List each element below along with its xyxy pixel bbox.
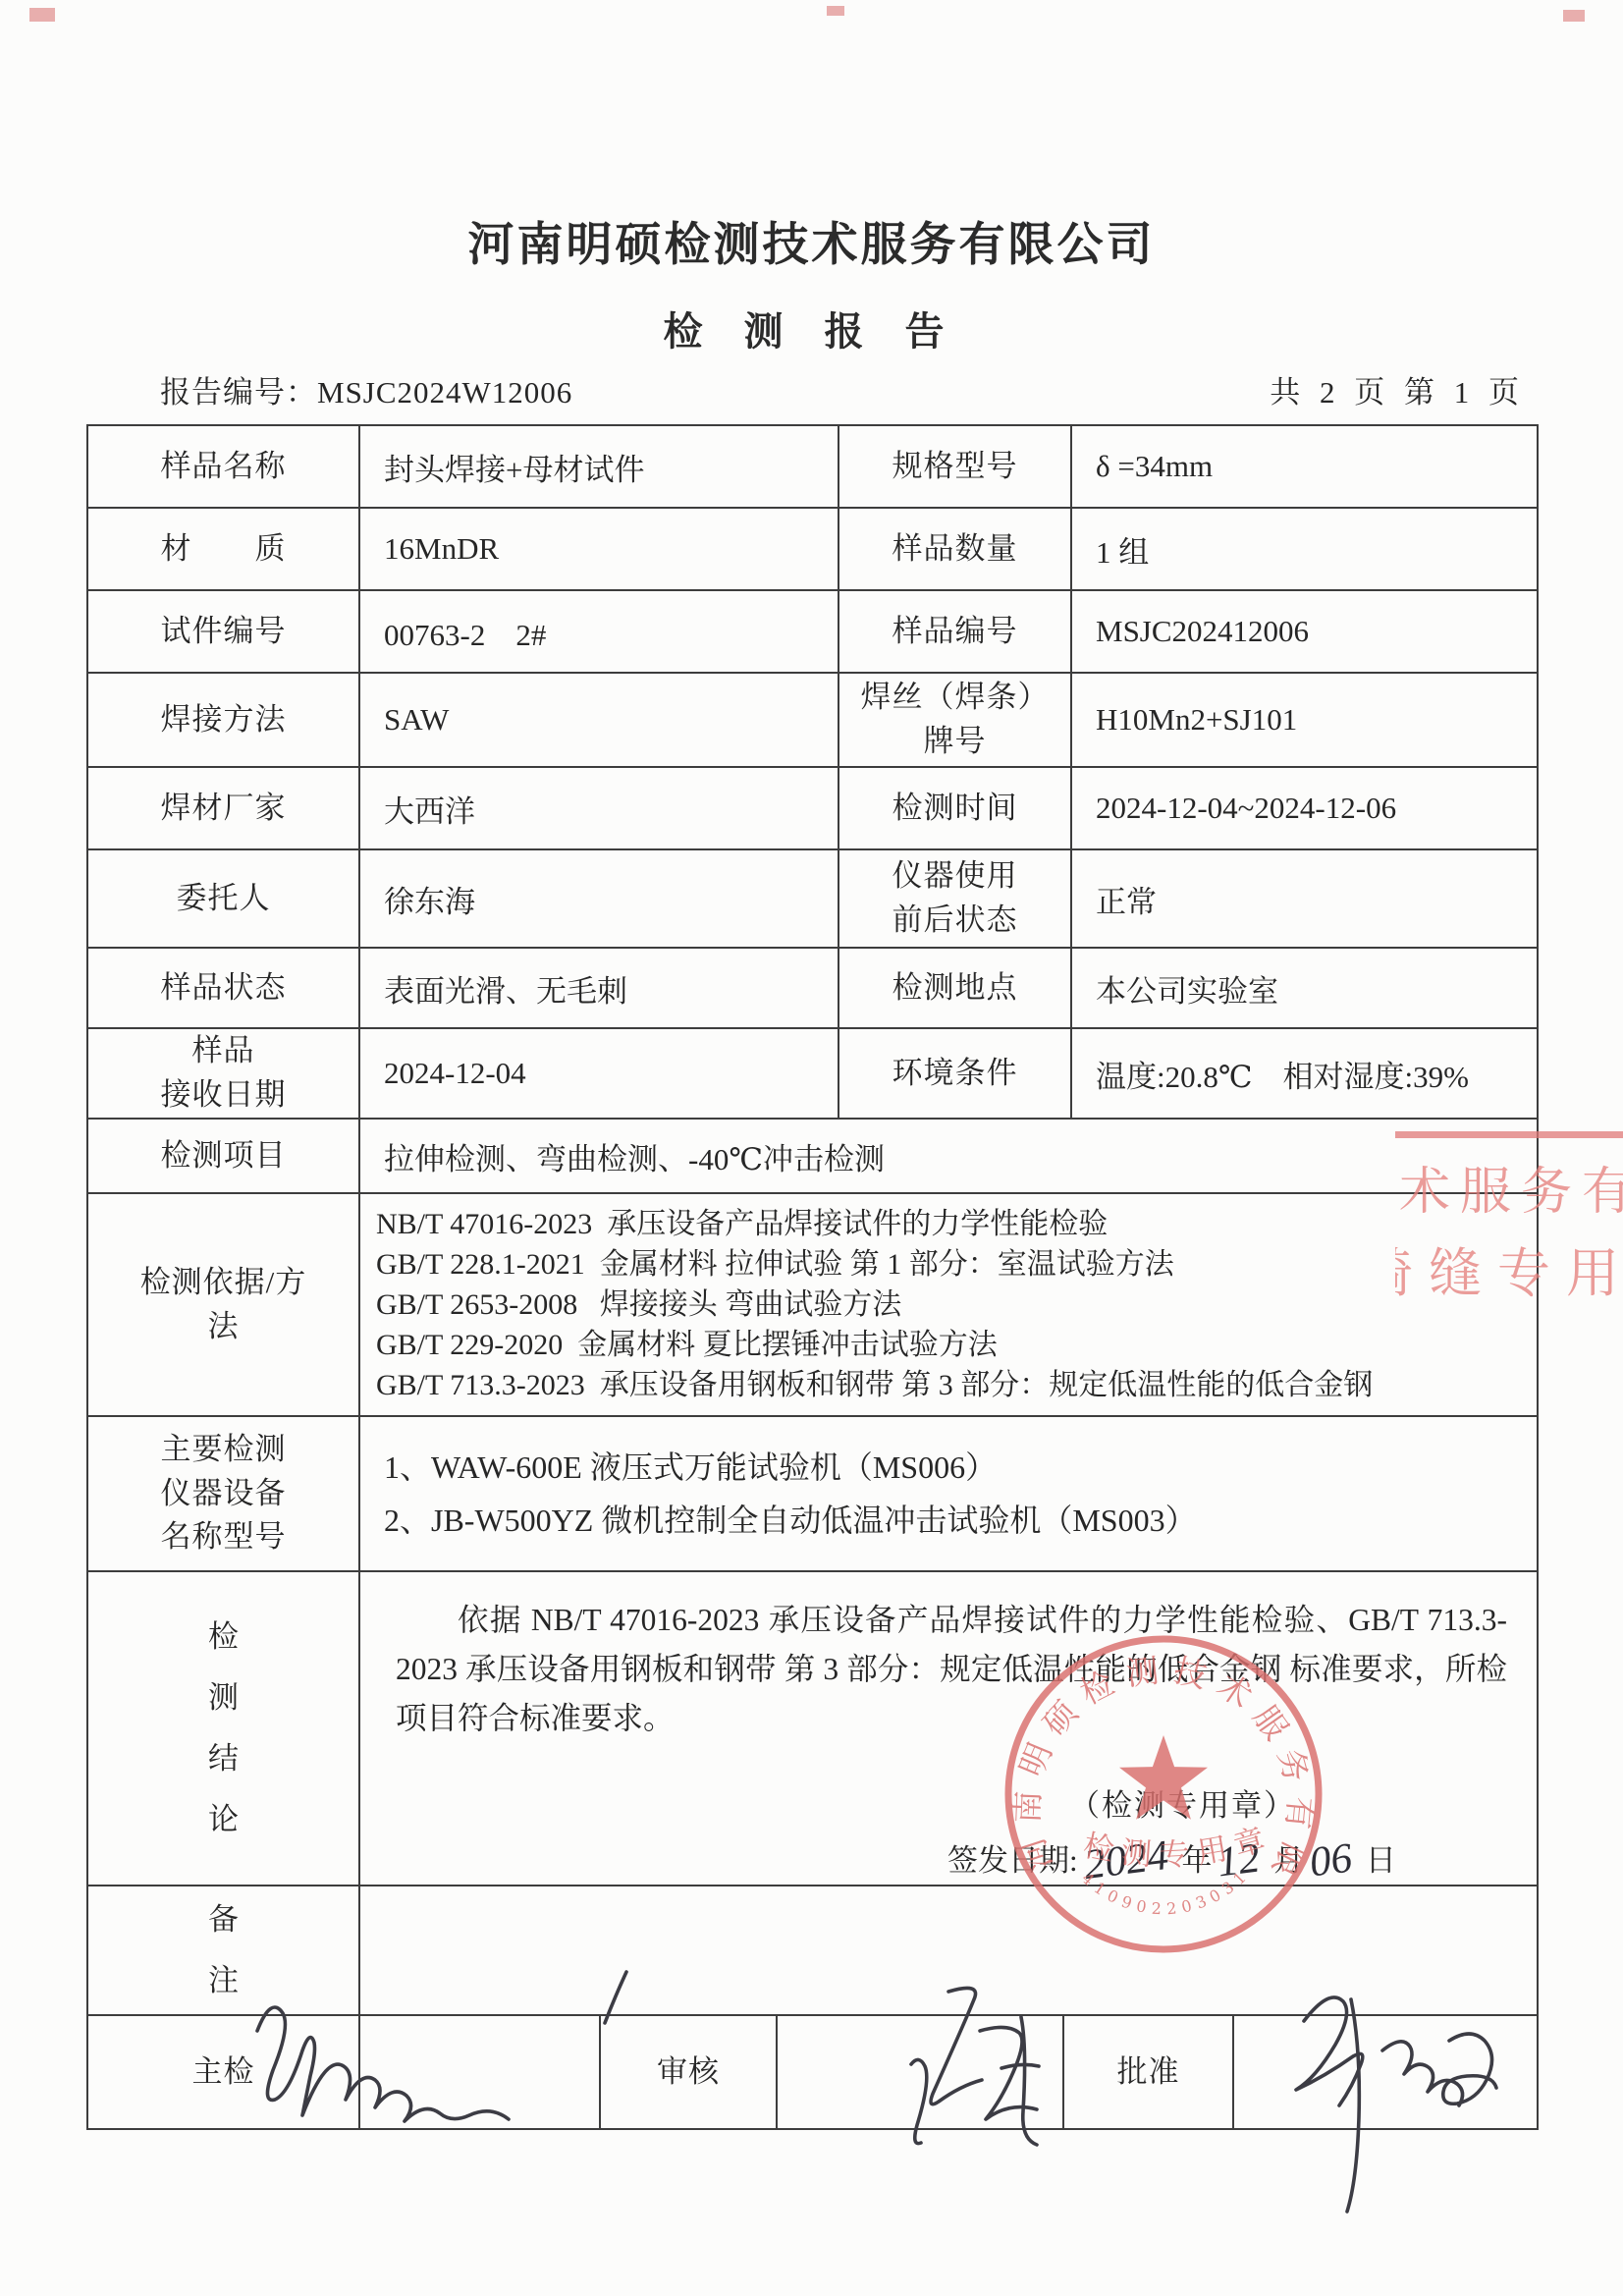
table-row: 试件编号 00763-2 2# 样品编号 MSJC202412006 [87, 590, 1538, 673]
table-row-methods: 检测依据/方 法 NB/T 47016-2023 承压设备产品焊接试件的力学性能… [87, 1193, 1538, 1416]
table-row: 委托人 徐东海 仪器使用 前后状态 正常 [87, 849, 1538, 948]
methods-line: GB/T 228.1-2021 金属材料 拉伸试验 第 1 部分：室温试验方法 [376, 1244, 1527, 1285]
row-label: 检测项目 [87, 1119, 359, 1193]
row-value: 2024-12-04 [359, 1028, 839, 1119]
row-label: 样品数量 [839, 508, 1071, 590]
handwritten-year: 2024 [1081, 1831, 1170, 1889]
row-label: 焊接方法 [87, 673, 359, 767]
row-value: SAW [359, 673, 839, 767]
report-page: 河南明硕检测技术服务有限公司 检 测 报 告 报告编号：MSJC2024W120… [0, 0, 1623, 2296]
doc-title: 检 测 报 告 [0, 301, 1623, 356]
row-label: 主要检测 仪器设备 名称型号 [87, 1416, 359, 1571]
row-value: 温度:20.8℃ 相对湿度:39% [1071, 1028, 1538, 1119]
row-label: 检测依据/方 法 [87, 1193, 359, 1416]
table-row: 焊接方法 SAW 焊丝（焊条） 牌号 H10Mn2+SJ101 [87, 673, 1538, 767]
signature-row: 主检 审核 批准 [86, 2014, 1539, 2130]
row-value: 本公司实验室 [1071, 948, 1538, 1028]
row-label: 样品 接收日期 [87, 1028, 359, 1119]
meta-line: 报告编号：MSJC2024W12006 共 2 页 第 1 页 [0, 367, 1623, 407]
approver-signature-cell [1233, 2015, 1538, 2129]
methods-line: GB/T 2653-2008 焊接接头 弯曲试验方法 [376, 1285, 1527, 1325]
chief-inspector-signature-cell [359, 2015, 600, 2129]
page-indicator: 共 2 页 第 1 页 [1270, 367, 1525, 411]
conclusion-cell: 依据 NB/T 47016-2023 承压设备产品焊接试件的力学性能检验、GB/… [359, 1571, 1538, 1886]
row-label: 焊丝（焊条） 牌号 [839, 673, 1071, 767]
day-char: 日 [1366, 1843, 1396, 1878]
chief-inspector-label: 主检 [87, 2015, 359, 2129]
methods-line: GB/T 713.3-2023 承压设备用钢板和钢带 第 3 部分：规定低温性能… [376, 1365, 1527, 1405]
table-row-conclusion: 检 测 结 论 依据 NB/T 47016-2023 承压设备产品焊接试件的力学… [87, 1571, 1538, 1886]
row-value: 表面光滑、无毛刺 [359, 948, 839, 1028]
row-value: 封头焊接+母材试件 [359, 425, 839, 508]
row-value: δ =34mm [1071, 425, 1538, 508]
equipment-cell: 1、WAW-600E 液压式万能试验机（MS006） 2、JB-W500YZ 微… [359, 1416, 1538, 1571]
month-char: 月 [1273, 1843, 1304, 1878]
row-value: 2024-12-04~2024-12-06 [1071, 767, 1538, 849]
table-row: 样品状态 表面光滑、无毛刺 检测地点 本公司实验室 [87, 948, 1538, 1028]
row-value: 徐东海 [359, 849, 839, 948]
row-label: 材 质 [87, 508, 359, 590]
approver-label: 批准 [1063, 2015, 1233, 2129]
row-label: 样品状态 [87, 948, 359, 1028]
row-value: 16MnDR [359, 508, 839, 590]
scan-artifact [827, 6, 844, 16]
report-number-value: MSJC2024W12006 [317, 375, 572, 410]
methods-line: NB/T 47016-2023 承压设备产品焊接试件的力学性能检验 [376, 1204, 1527, 1244]
equipment-line: 1、WAW-600E 液压式万能试验机（MS006） [384, 1441, 1527, 1494]
row-label: 检测时间 [839, 767, 1071, 849]
remarks-label: 备 注 [87, 1886, 359, 2015]
equipment-line: 2、JB-W500YZ 微机控制全自动低温冲击试验机（MS003） [384, 1494, 1527, 1547]
table-row: 样品 接收日期 2024-12-04 环境条件 温度:20.8℃ 相对湿度:39… [87, 1028, 1538, 1119]
table-row-test-items: 检测项目 拉伸检测、弯曲检测、-40℃冲击检测 [87, 1119, 1538, 1193]
year-char: 年 [1181, 1843, 1212, 1878]
table-row-equipment: 主要检测 仪器设备 名称型号 1、WAW-600E 液压式万能试验机（MS006… [87, 1416, 1538, 1571]
stamp-note: （检测专用章） [1069, 1780, 1296, 1825]
row-value: 1 组 [1071, 508, 1538, 590]
scan-artifact [29, 8, 55, 22]
conclusion-text: 依据 NB/T 47016-2023 承压设备产品焊接试件的力学性能检验、GB/… [360, 1572, 1537, 1743]
reviewer-label: 审核 [600, 2015, 777, 2129]
handwritten-month: 12 [1216, 1834, 1264, 1887]
reviewer-signature-cell [777, 2015, 1063, 2129]
row-label: 仪器使用 前后状态 [839, 849, 1071, 948]
row-label: 规格型号 [839, 425, 1071, 508]
row-value: 正常 [1071, 849, 1538, 948]
row-label: 试件编号 [87, 590, 359, 673]
company-title: 河南明硕检测技术服务有限公司 [0, 208, 1623, 274]
handwritten-day: 06 [1307, 1834, 1355, 1887]
conclusion-label: 检 测 结 论 [87, 1571, 359, 1886]
sign-date-label: 签发日期: [947, 1843, 1078, 1878]
scan-artifact [1563, 10, 1585, 22]
row-label: 样品名称 [87, 425, 359, 508]
row-label: 焊材厂家 [87, 767, 359, 849]
table-row: 样品名称 封头焊接+母材试件 规格型号 δ =34mm [87, 425, 1538, 508]
report-table: 样品名称 封头焊接+母材试件 规格型号 δ =34mm 材 质 16MnDR 样… [86, 424, 1537, 2130]
row-label: 环境条件 [839, 1028, 1071, 1119]
table-row-remarks: 备 注 [87, 1886, 1538, 2015]
table-row: 材 质 16MnDR 样品数量 1 组 [87, 508, 1538, 590]
row-value: MSJC202412006 [1071, 590, 1538, 673]
row-value: 大西洋 [359, 767, 839, 849]
table-row-signatures: 主检 审核 批准 [87, 2015, 1538, 2129]
table-row: 焊材厂家 大西洋 检测时间 2024-12-04~2024-12-06 [87, 767, 1538, 849]
sign-date-line: 签发日期:2024 年12 月06 日 [947, 1833, 1396, 1882]
methods-cell: NB/T 47016-2023 承压设备产品焊接试件的力学性能检验 GB/T 2… [359, 1193, 1538, 1416]
info-table: 样品名称 封头焊接+母材试件 规格型号 δ =34mm 材 质 16MnDR 样… [86, 424, 1539, 2016]
row-value: 00763-2 2# [359, 590, 839, 673]
row-label: 委托人 [87, 849, 359, 948]
report-number: 报告编号：MSJC2024W12006 [160, 367, 572, 411]
row-value: H10Mn2+SJ101 [1071, 673, 1538, 767]
row-label: 检测地点 [839, 948, 1071, 1028]
test-items-value: 拉伸检测、弯曲检测、-40℃冲击检测 [359, 1119, 1538, 1193]
row-label: 样品编号 [839, 590, 1071, 673]
remarks-value [359, 1886, 1538, 2015]
methods-line: GB/T 229-2020 金属材料 夏比摆锤冲击试验方法 [376, 1325, 1527, 1365]
report-number-label: 报告编号： [160, 375, 317, 410]
